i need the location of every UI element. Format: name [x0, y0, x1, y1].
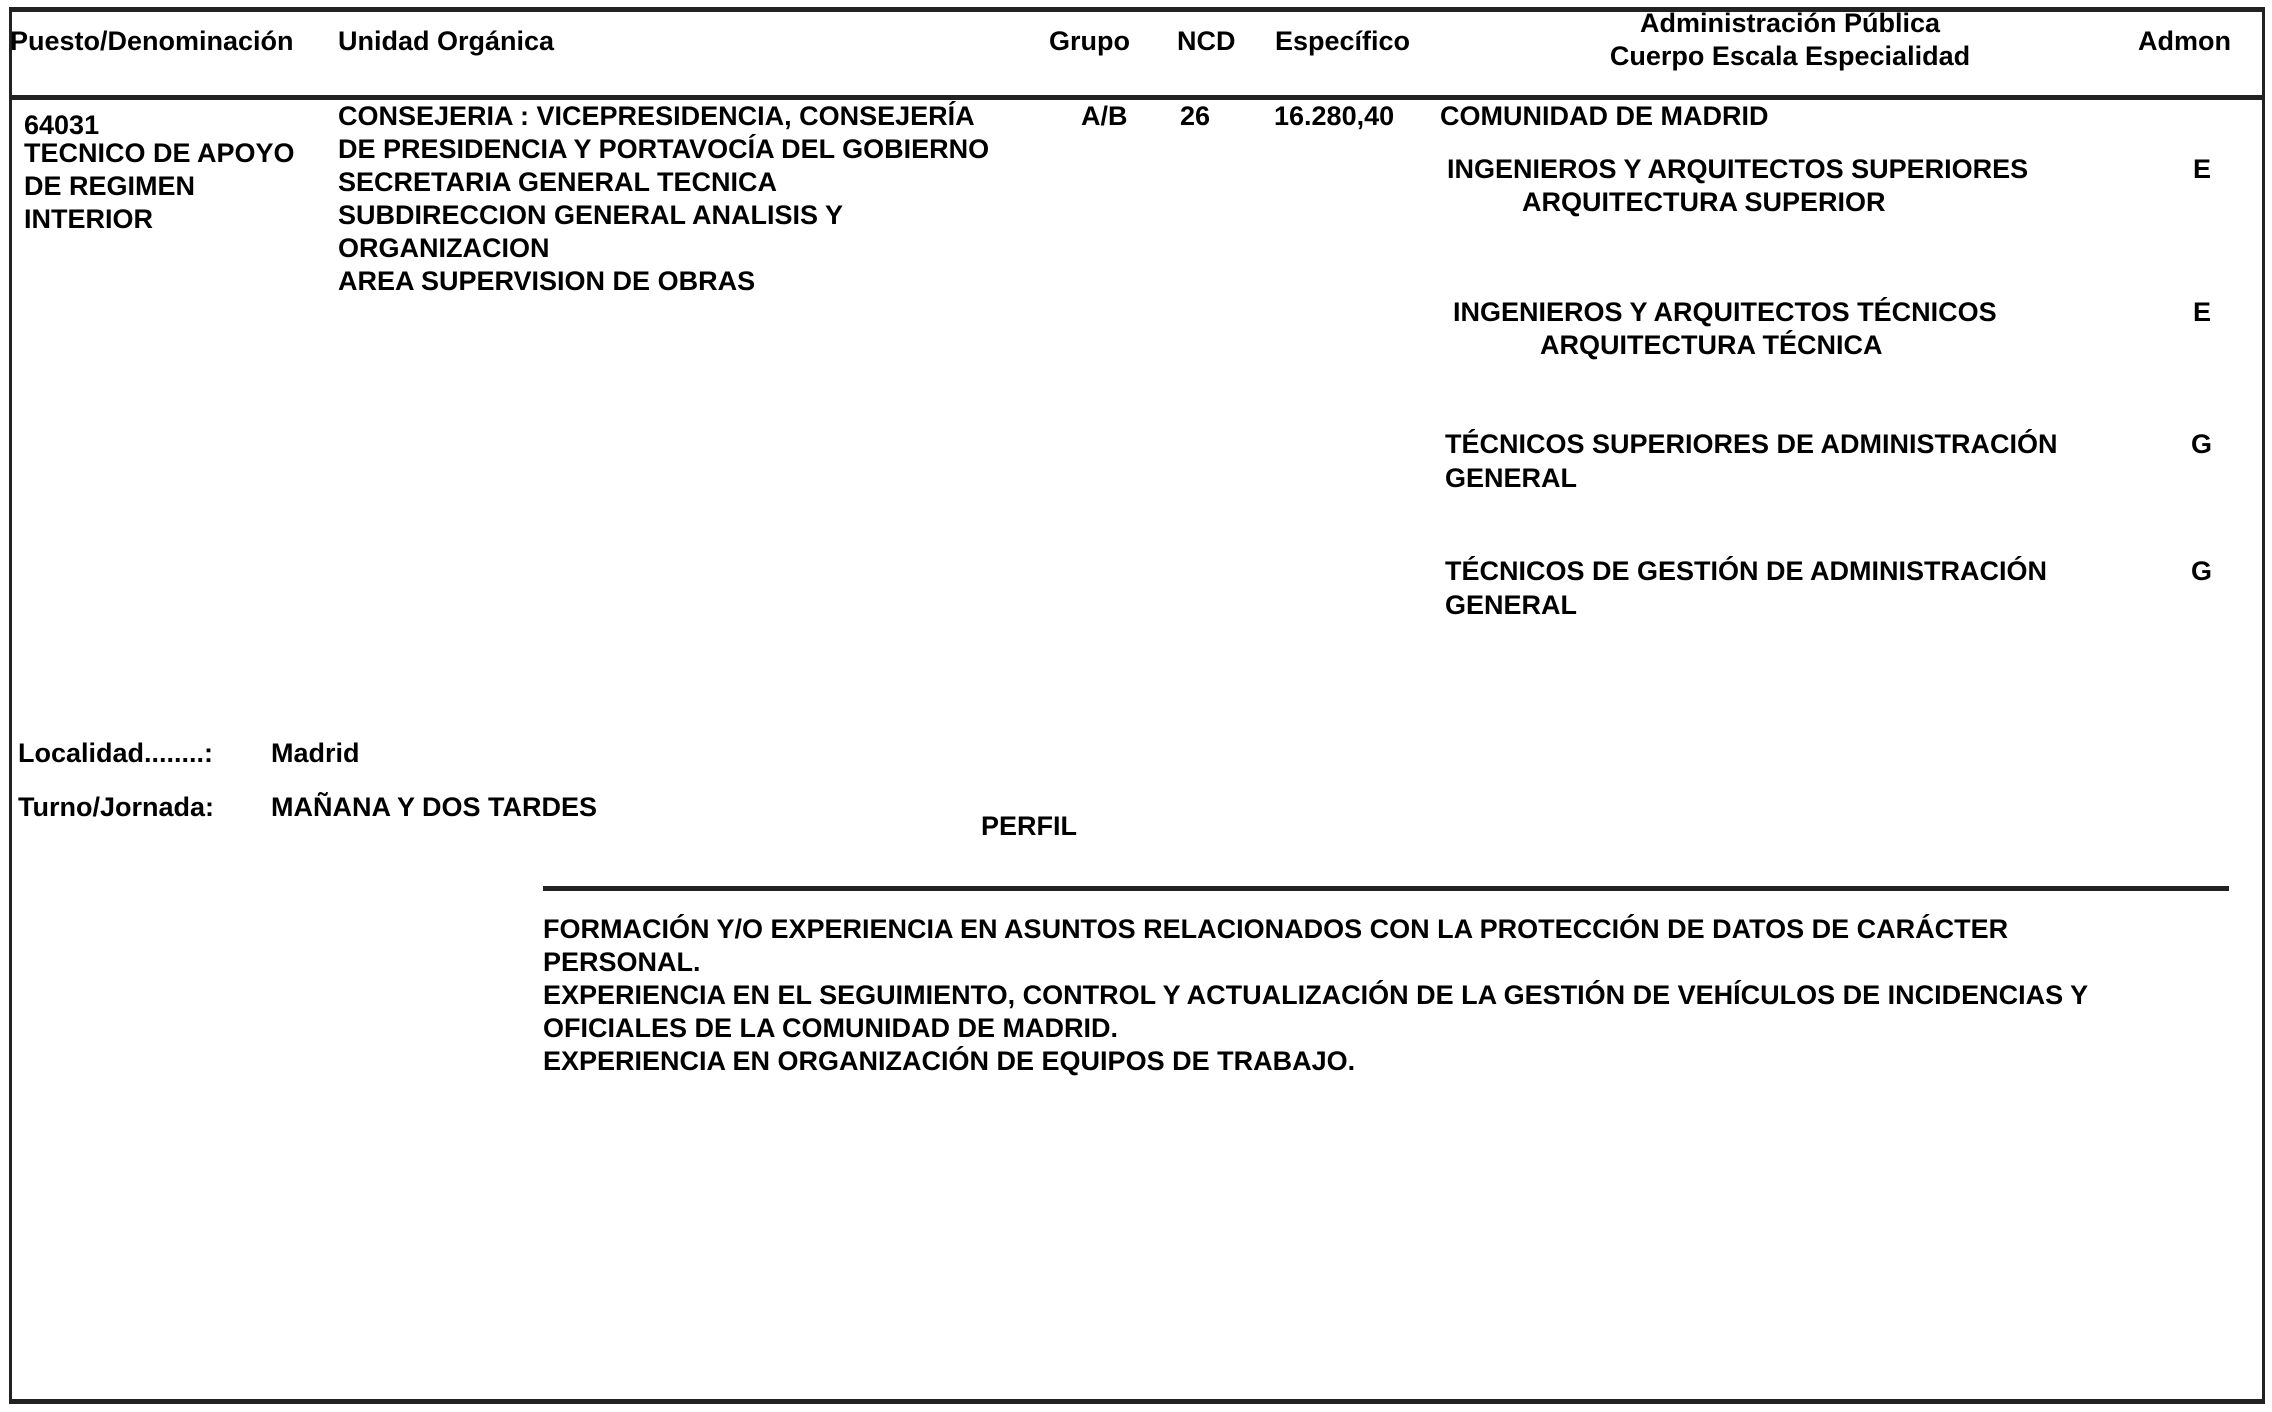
turno-value: MAÑANA Y DOS TARDES — [271, 791, 597, 824]
header-admon: Admon — [2138, 26, 2231, 57]
perfil-line: EXPERIENCIA EN ORGANIZACIÓN DE EQUIPOS D… — [543, 1045, 2088, 1078]
cuerpo-3-line2: GENERAL — [1445, 462, 1577, 495]
cuerpo-2-line1: INGENIEROS Y ARQUITECTOS TÉCNICOS — [1453, 296, 1997, 329]
perfil-line: EXPERIENCIA EN EL SEGUIMIENTO, CONTROL Y… — [543, 979, 2088, 1012]
especifico-value: 16.280,40 — [1274, 100, 1394, 133]
header-unidad: Unidad Orgánica — [338, 26, 554, 57]
perfil-line: OFICIALES DE LA COMUNIDAD DE MADRID. — [543, 1012, 2088, 1045]
localidad-value: Madrid — [271, 737, 360, 770]
perfil-line: PERSONAL. — [543, 946, 2088, 979]
ncd-value: 26 — [1180, 100, 1210, 133]
unidad-line: CONSEJERIA : VICEPRESIDENCIA, CONSEJERÍA — [338, 100, 989, 133]
cuerpo-3-admon: G — [2191, 428, 2212, 461]
puesto-line: DE REGIMEN — [24, 170, 295, 203]
cuerpo-4-admon: G — [2191, 555, 2212, 588]
unidad-line: SUBDIRECCION GENERAL ANALISIS Y — [338, 199, 989, 232]
cuerpo-4-line1: TÉCNICOS DE GESTIÓN DE ADMINISTRACIÓN — [1445, 555, 2047, 588]
cuerpo-4-line2: GENERAL — [1445, 589, 1577, 622]
header-especifico: Específico — [1275, 26, 1410, 57]
perfil-title: PERFIL — [981, 810, 1077, 843]
header-grupo: Grupo — [1049, 26, 1130, 57]
turno-label: Turno/Jornada: — [18, 791, 214, 824]
puesto-line: TECNICO DE APOYO — [24, 137, 295, 170]
cuerpo-3-line1: TÉCNICOS SUPERIORES DE ADMINISTRACIÓN — [1445, 428, 2058, 461]
administracion-value: COMUNIDAD DE MADRID — [1440, 100, 1768, 133]
localidad-label: Localidad........: — [18, 737, 213, 770]
puesto-denominacion: TECNICO DE APOYO DE REGIMEN INTERIOR — [24, 137, 295, 236]
perfil-text: FORMACIÓN Y/O EXPERIENCIA EN ASUNTOS REL… — [543, 913, 2088, 1078]
cuerpo-1-line2: ARQUITECTURA SUPERIOR — [1522, 186, 1886, 219]
cuerpo-2-line2: ARQUITECTURA TÉCNICA — [1540, 329, 1882, 362]
header-cuerpo-escala-especialidad: Cuerpo Escala Especialidad — [1490, 41, 2090, 72]
header-puesto: Puesto/Denominación — [10, 26, 294, 57]
puesto-line: INTERIOR — [24, 203, 295, 236]
header-ncd: NCD — [1177, 26, 1236, 57]
perfil-divider — [543, 886, 2229, 891]
unidad-line: DE PRESIDENCIA Y PORTAVOCÍA DEL GOBIERNO — [338, 133, 989, 166]
unidad-line: AREA SUPERVISION DE OBRAS — [338, 265, 989, 298]
cuerpo-1-line1: INGENIEROS Y ARQUITECTOS SUPERIORES — [1447, 153, 2028, 186]
perfil-line: FORMACIÓN Y/O EXPERIENCIA EN ASUNTOS REL… — [543, 913, 2088, 946]
cuerpo-1-admon: E — [2193, 153, 2211, 186]
unidad-organica: CONSEJERIA : VICEPRESIDENCIA, CONSEJERÍA… — [338, 100, 989, 298]
unidad-line: SECRETARIA GENERAL TECNICA — [338, 166, 989, 199]
grupo-value: A/B — [1081, 100, 1128, 133]
unidad-line: ORGANIZACION — [338, 232, 989, 265]
cuerpo-2-admon: E — [2193, 296, 2211, 329]
header-admin-publica: Administración Pública — [1490, 8, 2090, 39]
